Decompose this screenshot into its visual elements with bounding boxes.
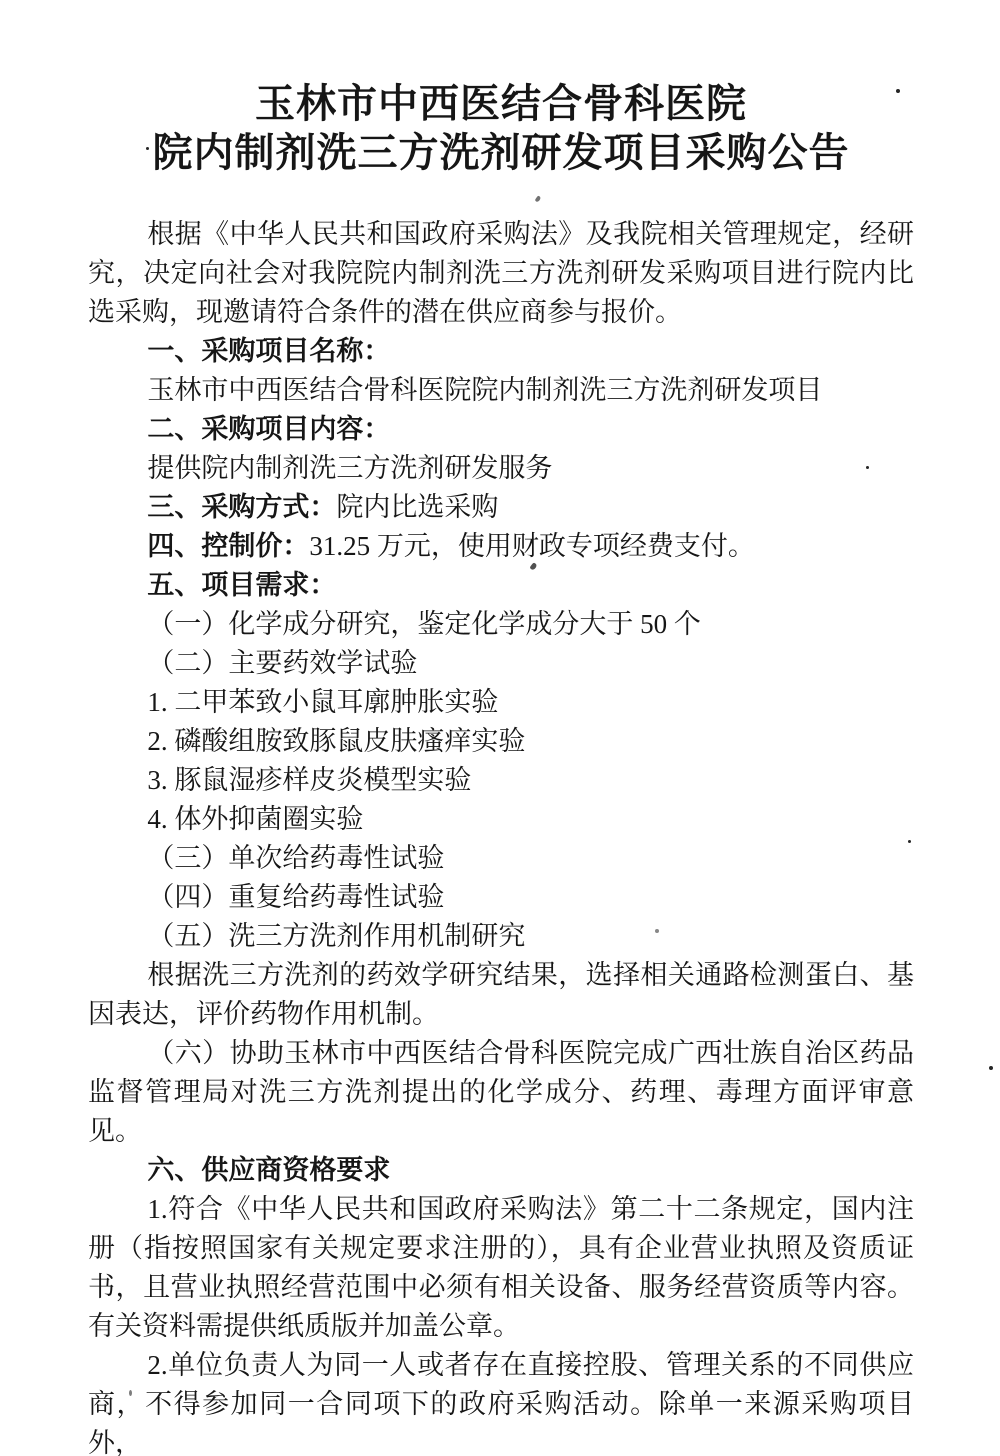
para-requirement-item-6: （六）协助玉林市中西医结合骨科医院完成广西壮族自治区药品监督管理局对洗三方洗剂提…: [88, 1034, 914, 1151]
line-section-4: 四、控制价：31.25 万元，使用财政专项经费支付。: [88, 527, 914, 566]
scan-speck: [903, 1215, 906, 1218]
doc-title: 玉林市中西医结合骨科医院 院内制剂洗三方洗剂研发项目采购公告: [88, 80, 914, 178]
scan-speck: [655, 929, 659, 933]
scan-speck: [866, 466, 869, 469]
scan-speck: [146, 147, 149, 150]
experiment-item-4: 4. 体外抑菌圈实验: [88, 800, 914, 839]
section-3-value: 院内比选采购: [336, 492, 498, 522]
heading-section-4-label: 四、控制价：: [147, 531, 309, 561]
experiment-item-2: 2. 磷酸组胺致豚鼠皮肤瘙痒实验: [88, 722, 914, 761]
para-qualification-1: 1.符合《中华人民共和国政府采购法》第二十二条规定，国内注册（指按照国家有关规定…: [88, 1190, 914, 1346]
para-intro: 根据《中华人民共和国政府采购法》及我院相关管理规定，经研究，决定向社会对我院院内…: [88, 215, 914, 332]
heading-section-2: 二、采购项目内容：: [88, 410, 914, 449]
requirement-item-4: （四）重复给药毒性试验: [88, 878, 914, 917]
para-qualification-2: 2.单位负责人为同一人或者存在直接控股、管理关系的不同供应商，不得参加同一合同项…: [88, 1346, 914, 1456]
heading-section-1: 一、采购项目名称：: [88, 332, 914, 371]
doc-title-line-2: 院内制剂洗三方洗剂研发项目采购公告: [88, 129, 914, 178]
scan-speck: [129, 1390, 132, 1396]
scan-speck: [535, 195, 542, 202]
line-project-content: 提供院内制剂洗三方洗剂研发服务: [88, 449, 914, 488]
experiment-item-1: 1. 二甲苯致小鼠耳廓肿胀实验: [88, 683, 914, 722]
line-section-3: 三、采购方式：院内比选采购: [88, 488, 914, 527]
section-4-value: 31.25 万元，使用财政专项经费支付。: [309, 531, 755, 561]
para-mechanism-detail: 根据洗三方洗剂的药效学研究结果，选择相关通路检测蛋白、基因表达，评价药物作用机制…: [88, 956, 914, 1034]
doc-body: 根据《中华人民共和国政府采购法》及我院相关管理规定，经研究，决定向社会对我院院内…: [88, 215, 914, 1456]
heading-section-6: 六、供应商资格要求: [88, 1151, 914, 1190]
requirement-item-1: （一）化学成分研究，鉴定化学成分大于 50 个: [88, 605, 914, 644]
requirement-item-2: （二）主要药效学试验: [88, 644, 914, 683]
scan-speck: [989, 1066, 993, 1070]
heading-section-5: 五、项目需求：: [88, 566, 914, 605]
requirement-item-3: （三）单次给药毒性试验: [88, 839, 914, 878]
line-project-name: 玉林市中西医结合骨科医院院内制剂洗三方洗剂研发项目: [88, 371, 914, 410]
experiment-item-3: 3. 豚鼠湿疹样皮炎模型实验: [88, 761, 914, 800]
scan-speck: [908, 840, 911, 843]
heading-section-3-label: 三、采购方式：: [147, 492, 336, 522]
scan-speck: [896, 89, 900, 93]
requirement-item-5: （五）洗三方洗剂作用机制研究: [88, 917, 914, 956]
doc-title-line-1: 玉林市中西医结合骨科医院: [88, 80, 914, 129]
scanned-document-page: 玉林市中西医结合骨科医院 院内制剂洗三方洗剂研发项目采购公告 根据《中华人民共和…: [0, 0, 1000, 1456]
